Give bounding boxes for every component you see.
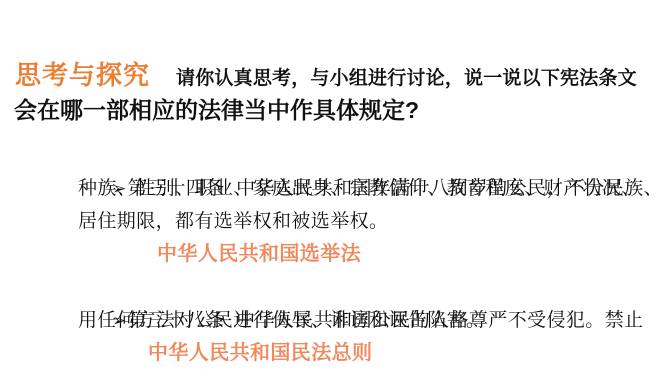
law-name-civil-law: 中华人民共和国民法总则: [78, 337, 653, 370]
bullet1-line2: 种族、性别、职业、家庭出身、宗教信仰、教育程度、财产状况、: [78, 172, 653, 205]
section-title: 思考与探究: [15, 55, 150, 92]
header-line-1: 思考与探究 请你认真思考，与小组进行讨论，说一说以下宪法条文: [15, 55, 637, 92]
law-name-election-law: 中华人民共和国选举法: [78, 238, 653, 271]
slide: 思考与探究 请你认真思考，与小组进行讨论，说一说以下宪法条文 会在哪一部相应的法…: [0, 0, 668, 376]
body-content: ➢第三十四条 中华人民共和国年满十八周岁的公民，不分民族、 种族、性别、职业、家…: [78, 139, 653, 370]
bullet1-line1: ➢第三十四条 中华人民共和国年满十八周岁的公民，不分民族、: [78, 139, 653, 172]
header-prompt-text-continued: 会在哪一部相应的法律当中作具体规定?: [14, 92, 419, 125]
header-prompt-text: 请你认真思考，与小组进行讨论，说一说以下宪法条文: [176, 63, 637, 90]
bullet1-line3: 居住期限，都有选举权和被选举权。: [78, 205, 653, 238]
bullet2-line1: ➢第三十八条 中华人民共和国公民的人格尊严不受侵犯。禁止: [78, 271, 653, 304]
